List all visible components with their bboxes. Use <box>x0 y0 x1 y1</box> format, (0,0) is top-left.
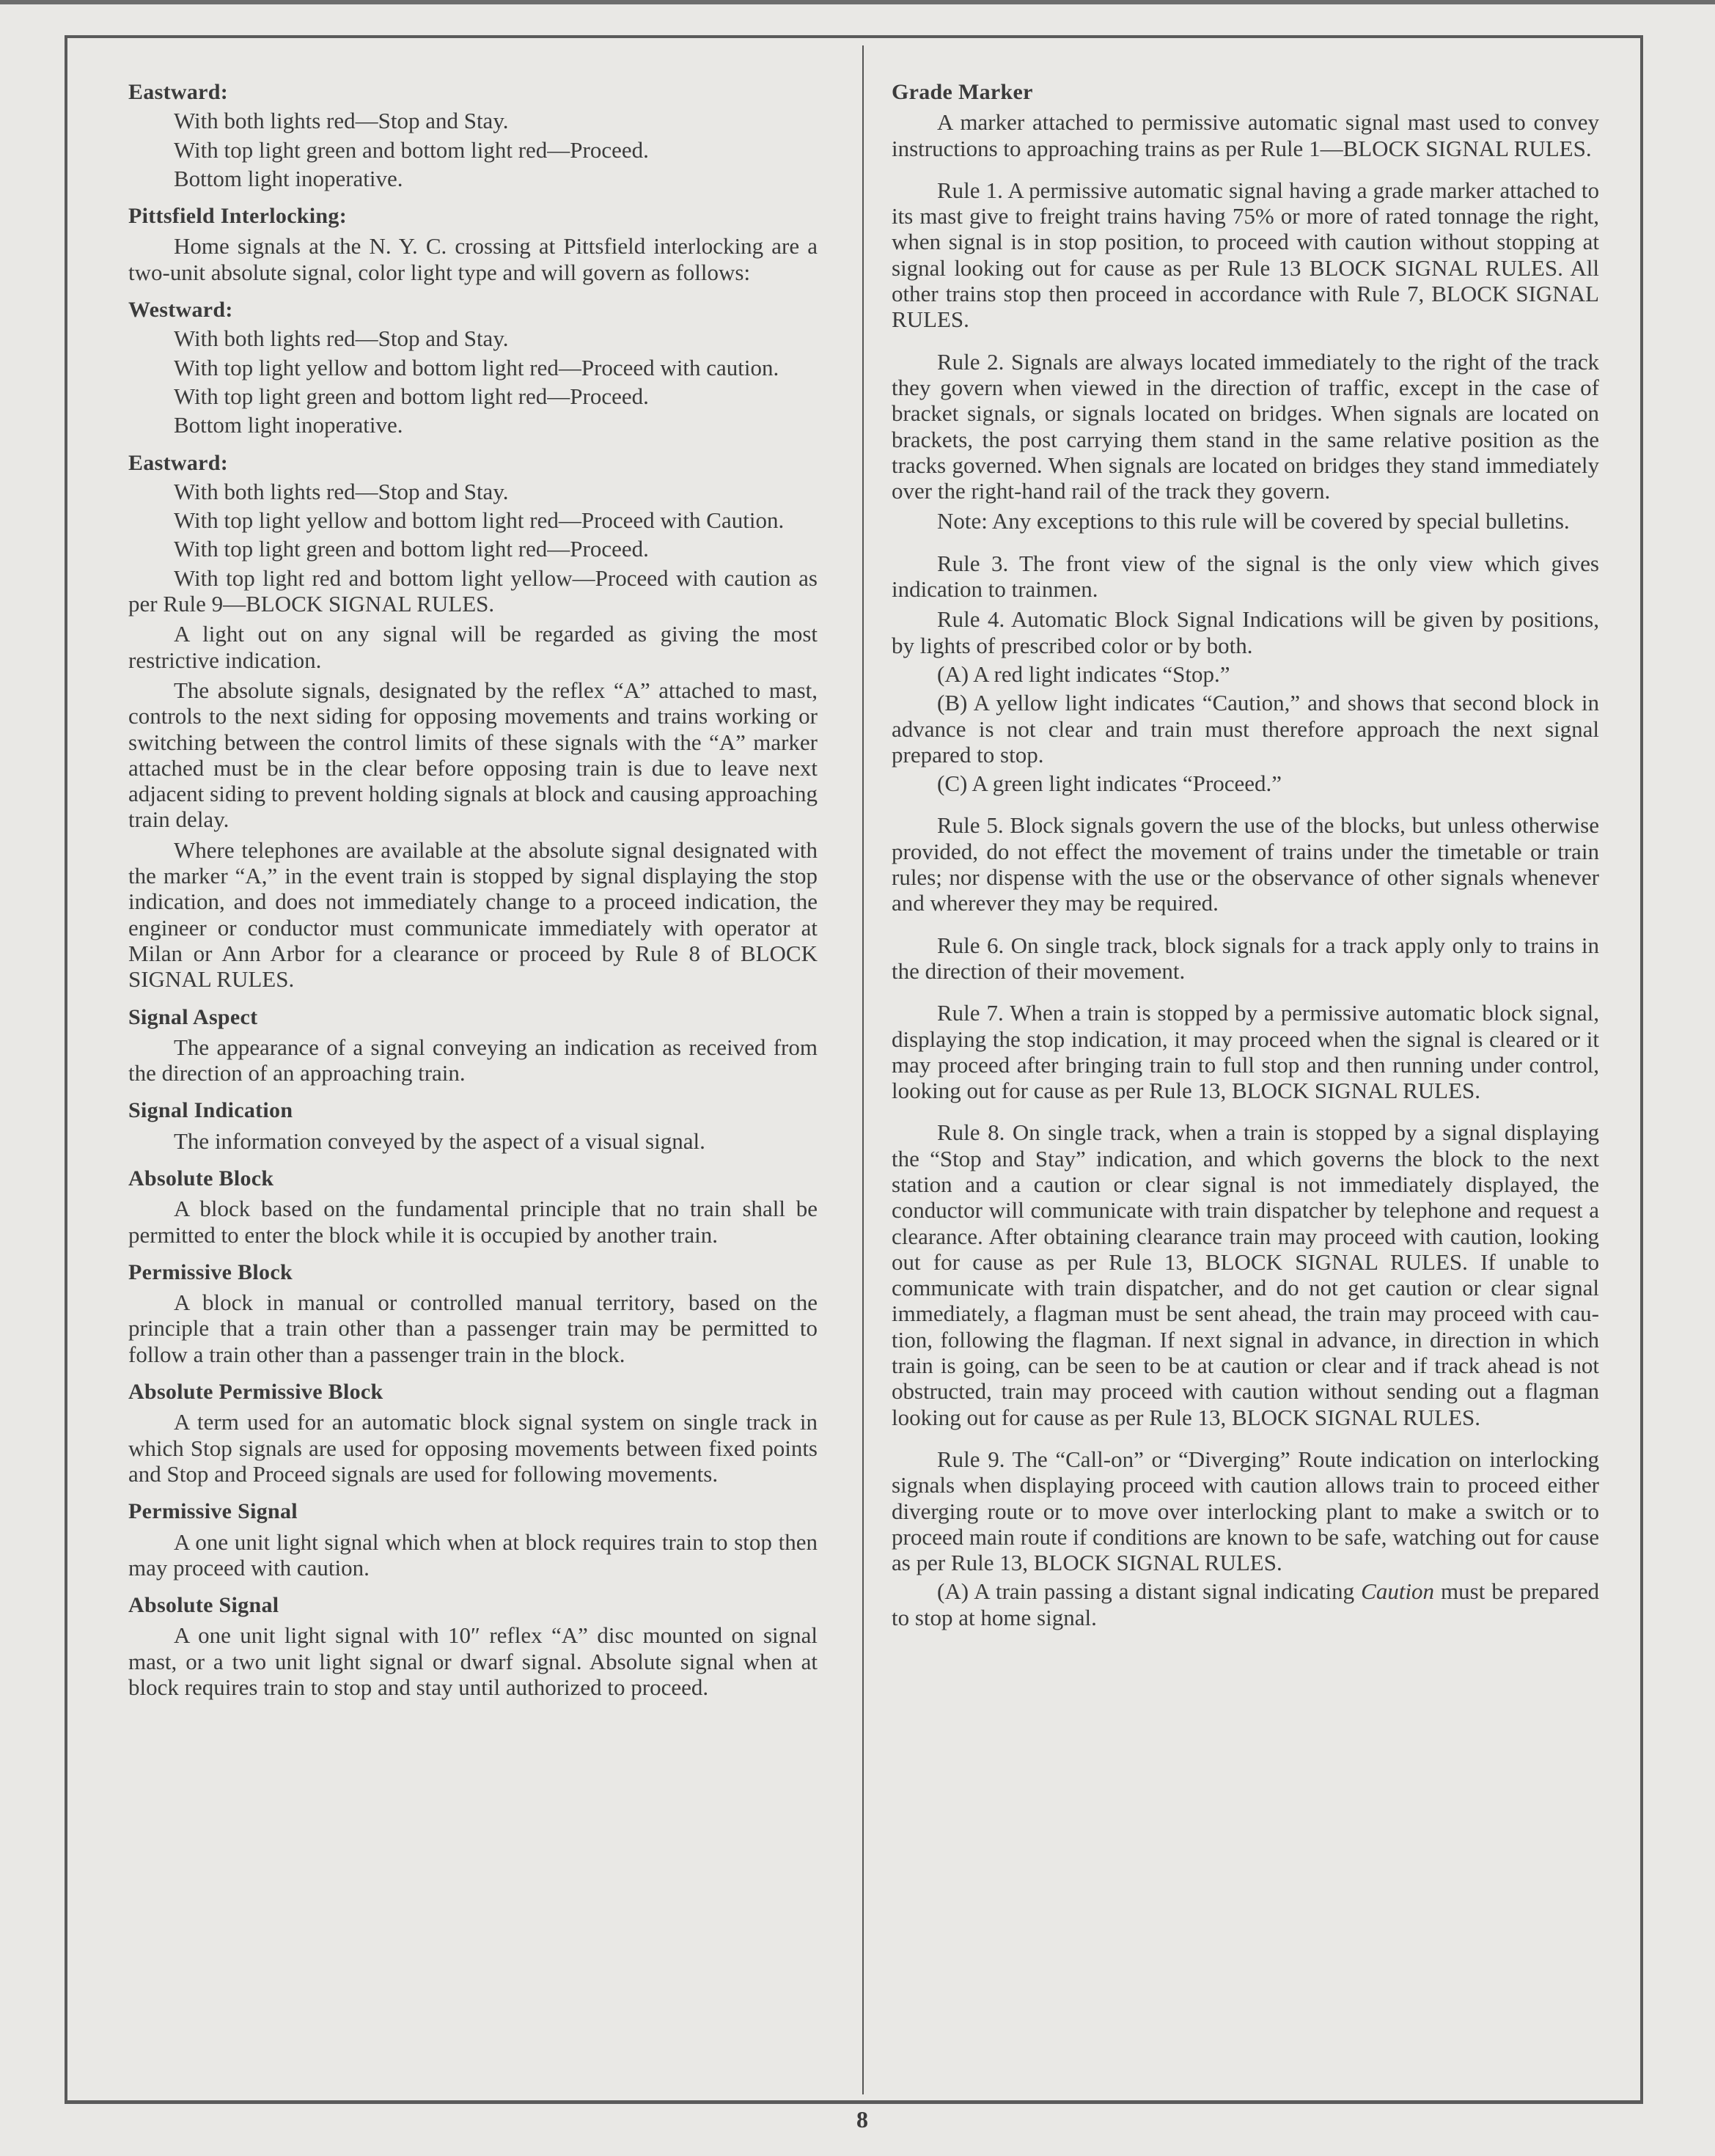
item-text-emphasis: Caution <box>1361 1578 1434 1604</box>
indication-item: (C) A green light indicates “Proceed.” <box>892 770 1599 796</box>
paragraph: The information conveyed by the aspect o… <box>128 1128 818 1154</box>
paragraph: A one unit light signal with 10″ reflex … <box>128 1622 818 1700</box>
left-column: Eastward:With both lights red—Stop and S… <box>128 79 818 1700</box>
section-heading: Signal Aspect <box>128 1004 818 1030</box>
paragraph: A marker attached to permissive automati… <box>892 109 1599 161</box>
item-text-lead: (A) A train passing a distant signal ind… <box>937 1578 1361 1604</box>
indication-item: (A) A train passing a distant signal ind… <box>892 1578 1599 1630</box>
indication-item: With top light green and bottom light re… <box>128 536 818 562</box>
paragraph: Rule 3. The front view of the signal is … <box>892 551 1599 603</box>
page-top-edge <box>0 0 1715 4</box>
indication-item: Bottom light inoperative. <box>128 412 818 438</box>
paragraph: Rule 4. Automatic Block Signal Indicatio… <box>892 606 1599 658</box>
section-heading: Permissive Signal <box>128 1498 818 1524</box>
paragraph: Where telephones are available at the ab… <box>128 837 818 993</box>
paragraph: The absolute signals, designated by the … <box>128 677 818 833</box>
paragraph: Rule 5. Block signals govern the use of … <box>892 812 1599 916</box>
page-number: 8 <box>856 2106 868 2133</box>
paragraph: A light out on any signal will be regard… <box>128 621 818 673</box>
section-heading: Eastward: <box>128 450 818 476</box>
indication-item: With both lights red—Stop and Stay. <box>128 325 818 351</box>
section-heading: Eastward: <box>128 79 818 105</box>
section-heading: Absolute Block <box>128 1166 818 1191</box>
indication-item: With top light yellow and bottom light r… <box>128 355 818 380</box>
paragraph: Rule 8. On single track, when a train is… <box>892 1119 1599 1430</box>
indication-item: With both lights red—Stop and Stay. <box>128 108 818 133</box>
right-column: Grade MarkerA marker attached to permiss… <box>892 79 1599 1630</box>
section-heading: Permissive Block <box>128 1259 818 1285</box>
paragraph: The appearance of a signal conveying an … <box>128 1034 818 1086</box>
paragraph: A term used for an automatic block signa… <box>128 1409 818 1487</box>
indication-item: (A) A red light indicates “Stop.” <box>892 661 1599 687</box>
section-heading: Signal Indication <box>128 1097 818 1123</box>
section-heading: Absolute Signal <box>128 1592 818 1618</box>
indication-item: With top light green and bottom light re… <box>128 383 818 409</box>
indication-item: With top light red and bottom light yell… <box>128 565 818 617</box>
paragraph: Rule 6. On single track, block signals f… <box>892 932 1599 985</box>
indication-item: Bottom light inoperative. <box>128 166 818 191</box>
indication-item: (B) A yellow light indicates “Caution,” … <box>892 690 1599 768</box>
paragraph: Rule 9. The “Call-on” or “Diverging” Rou… <box>892 1446 1599 1575</box>
indication-item: With top light green and bottom light re… <box>128 137 818 163</box>
paragraph: A block in manual or controlled manual t… <box>128 1289 818 1367</box>
section-heading: Absolute Permissive Block <box>128 1379 818 1405</box>
paragraph: Rule 2. Signals are always located immed… <box>892 349 1599 504</box>
section-heading: Westward: <box>128 297 818 323</box>
column-divider <box>862 45 864 2094</box>
indication-item: With top light yellow and bottom light r… <box>128 507 818 533</box>
section-heading: Pittsfield Interlocking: <box>128 203 818 229</box>
paragraph: Rule 7. When a train is stopped by a per… <box>892 1000 1599 1103</box>
section-heading: Grade Marker <box>892 79 1599 105</box>
paragraph: A block based on the fundamental princip… <box>128 1196 818 1248</box>
paragraph: Rule 1. A permissive automatic signal ha… <box>892 177 1599 333</box>
paragraph: A one unit light signal which when at bl… <box>128 1529 818 1581</box>
indication-item: With both lights red—Stop and Stay. <box>128 479 818 504</box>
paragraph: Home signals at the N. Y. C. crossing at… <box>128 233 818 285</box>
paragraph: Note: Any exceptions to this rule will b… <box>892 508 1599 534</box>
